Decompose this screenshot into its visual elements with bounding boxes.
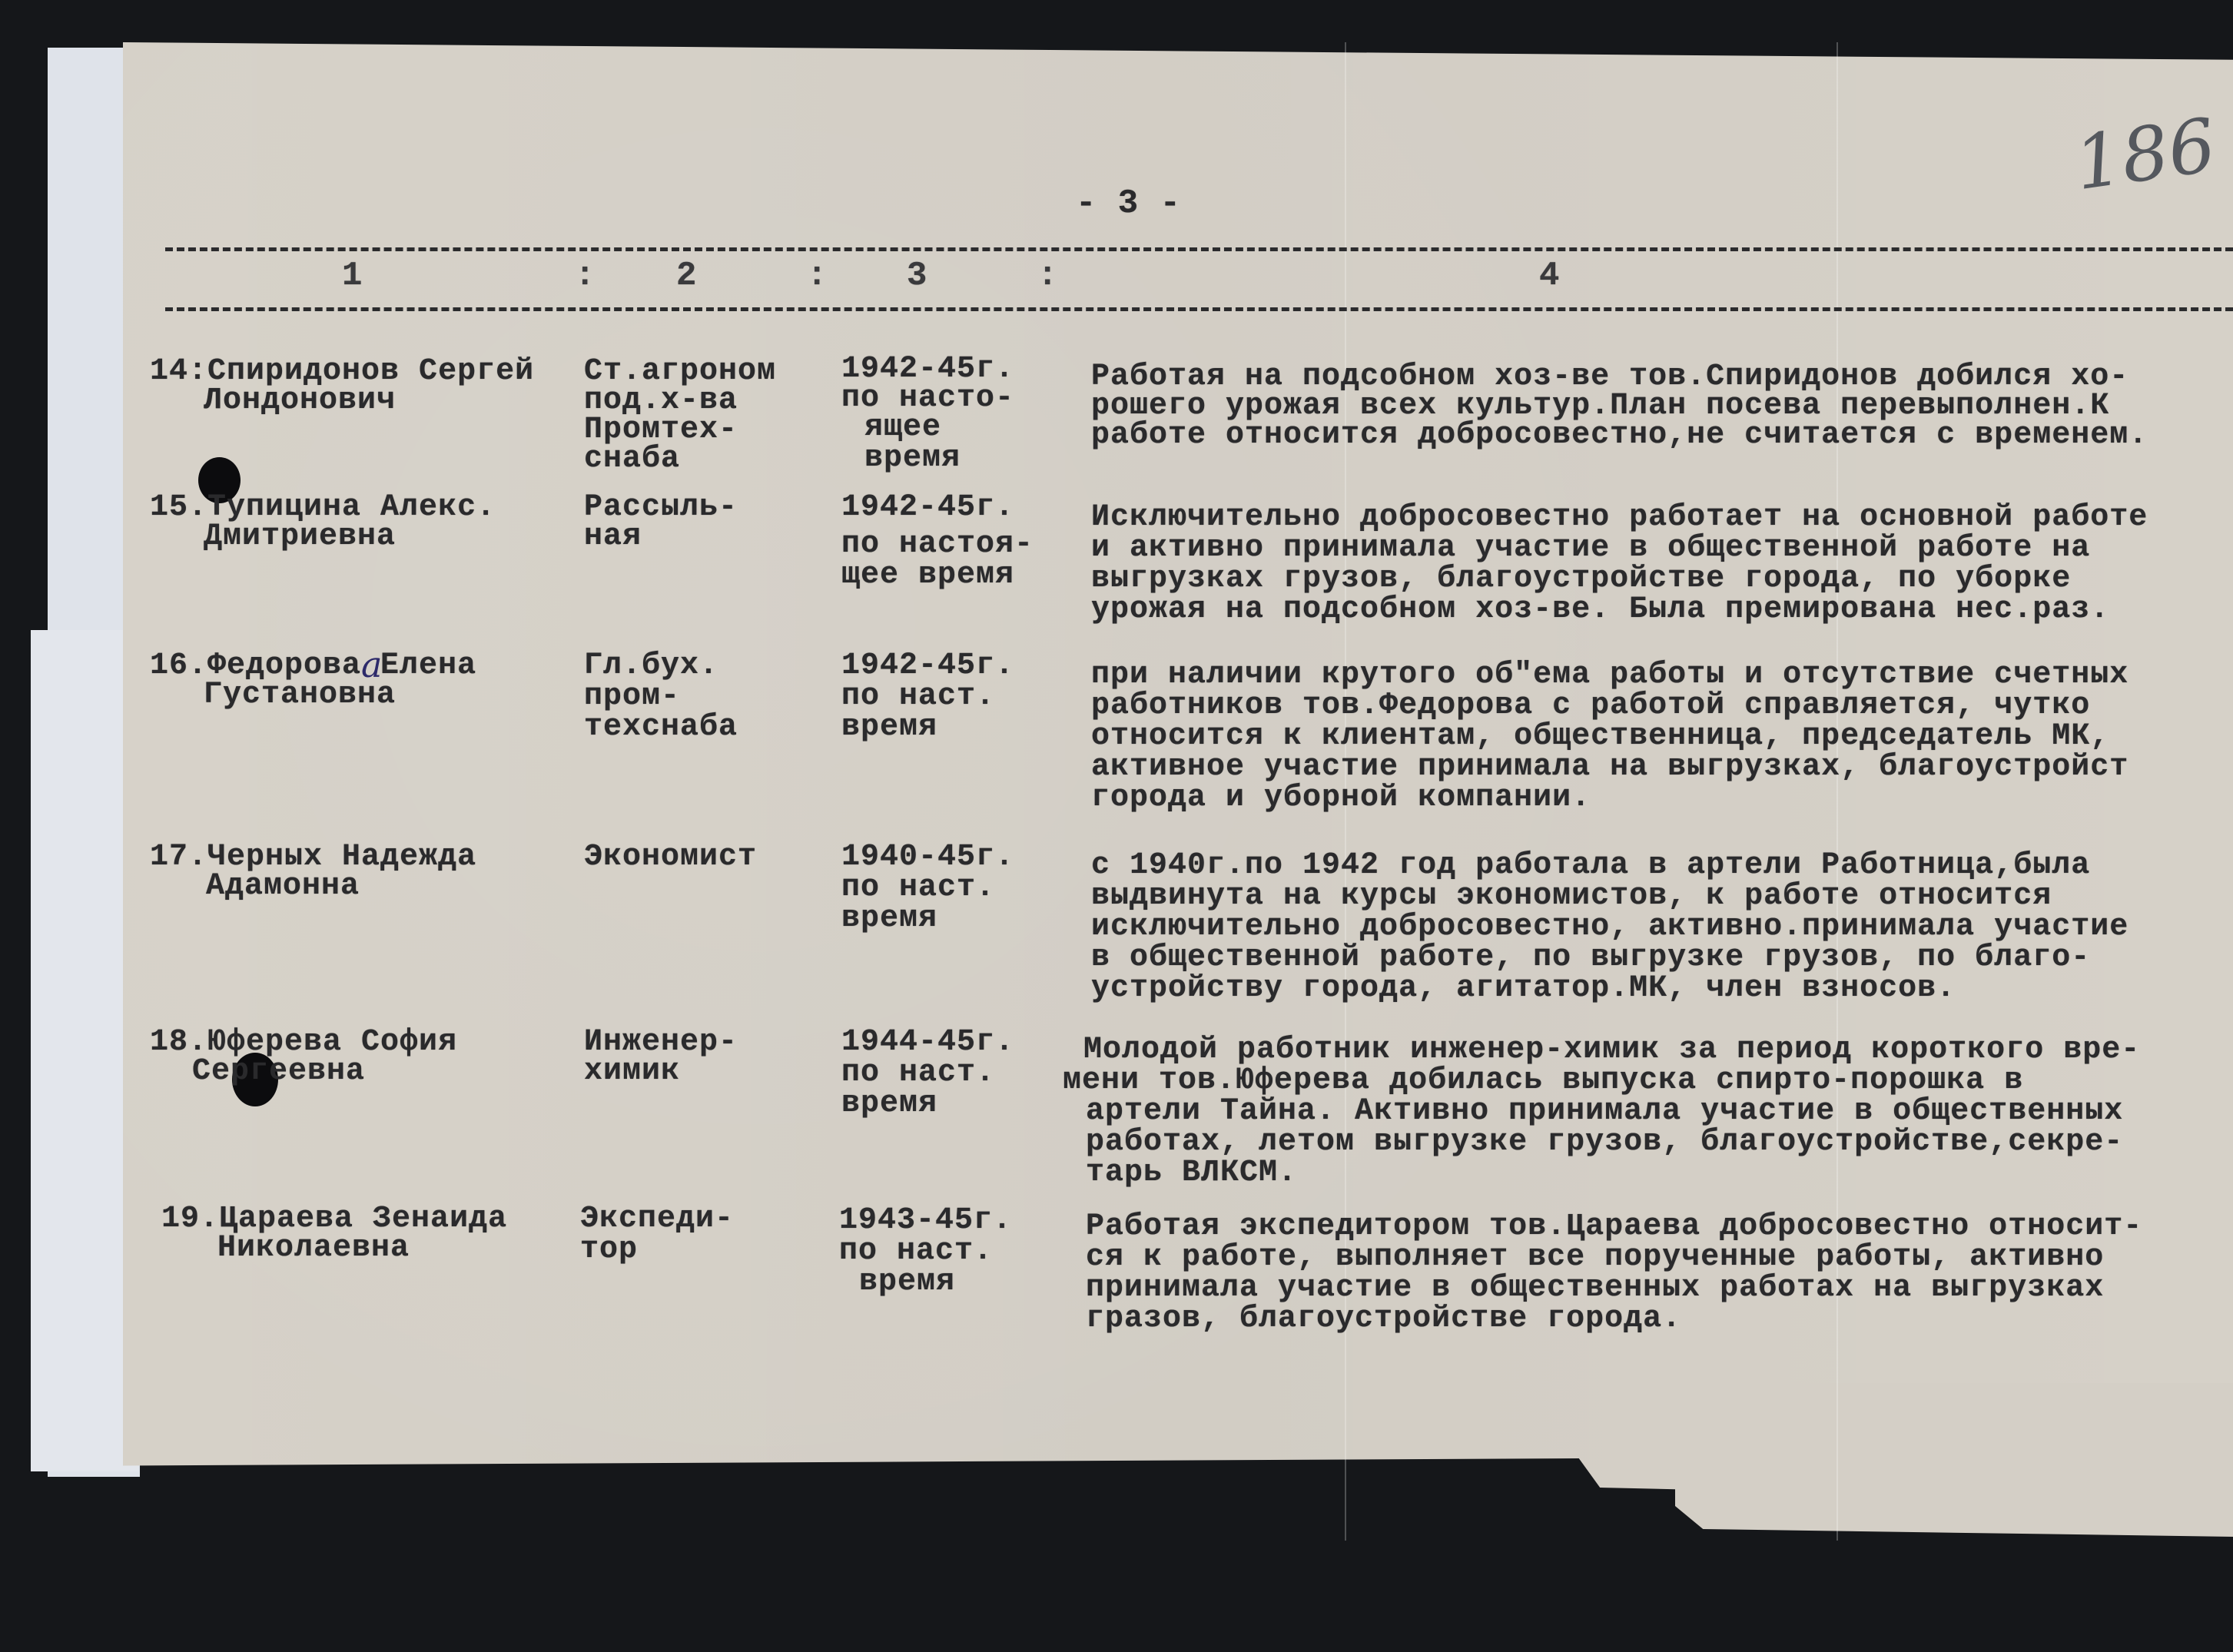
period-line: 1942-45г. — [841, 355, 1014, 384]
period-line: по наст. — [839, 1237, 993, 1266]
period-line: 1944-45г. — [841, 1028, 1014, 1057]
paper-fold-line — [1837, 42, 1838, 1541]
page-number: - 3 - — [1076, 189, 1181, 218]
period-line: время — [841, 1090, 937, 1119]
row-number: 19.Цараева Зенаида — [161, 1205, 507, 1234]
column-header-2: 2 — [676, 261, 697, 290]
table-header-top-rule — [165, 247, 2233, 251]
description-line: и активно принимала участие в общественн… — [1091, 534, 2090, 563]
table-header-bottom-rule — [165, 307, 2233, 311]
description-line: работе относится добросовестно,не считае… — [1091, 421, 2148, 450]
period-line: ящее — [864, 413, 941, 443]
employee-patronymic: Дмитриевна — [204, 522, 396, 552]
description-line: рошего урожая всех культур.План посева п… — [1091, 392, 2109, 421]
description-line: мени тов.Юферева добилась выпуска спирто… — [1063, 1067, 2023, 1096]
column-header-1: 1 — [342, 261, 363, 290]
description-line: выгрузках грузов, благоустройстве города… — [1091, 565, 2071, 594]
position-line: снаба — [584, 445, 680, 474]
description-line: устройству города, агитатор.МК, член взн… — [1091, 974, 1956, 1003]
description-line: Работая на подсобном хоз-ве тов.Спиридон… — [1091, 363, 2128, 392]
position-line: техснаба — [584, 713, 738, 742]
description-line: работников тов.Федорова с работой справл… — [1091, 692, 2090, 721]
description-line: относится к клиентам, общественница, пре… — [1091, 722, 2109, 751]
white-backing-strip-lower — [31, 630, 138, 1471]
period-line: 1943-45г. — [839, 1206, 1012, 1236]
row-number: 17.Черных Надежда — [150, 843, 476, 872]
period-line: 1940-45г. — [841, 843, 1014, 872]
position-line: Экономист — [584, 843, 757, 872]
employee-patronymic: Густановна — [204, 681, 396, 710]
row-number: 14:Спиридонов Сергей — [150, 357, 534, 386]
period-line: время — [841, 713, 937, 742]
row-number: 18.Юферева София — [150, 1028, 457, 1057]
description-line: тарь ВЛКСМ. — [1086, 1159, 1297, 1188]
description-line: активное участие принимала на выгрузках,… — [1091, 753, 2128, 782]
description-line: принимала участие в общественных работах… — [1086, 1274, 2104, 1303]
position-line: ная — [584, 522, 642, 552]
position-line: под.х-ва — [584, 386, 738, 416]
period-line: время — [864, 444, 961, 473]
description-line: урожая на подсобном хоз-ве. Была премиро… — [1091, 595, 2109, 625]
description-line: Исключительно добросовестно работает на … — [1091, 503, 2148, 532]
period-line: по наст. — [841, 682, 995, 712]
description-line: при наличии крутого об"ема работы и отсу… — [1091, 661, 2128, 690]
description-line: работах, летом выгрузке грузов, благоуст… — [1086, 1128, 2123, 1157]
description-line: артели Тайна. Активно принимала участие … — [1086, 1097, 2123, 1126]
position-line: тор — [580, 1236, 638, 1265]
period-line: время — [841, 904, 937, 934]
position-line: Рассыль- — [584, 493, 738, 522]
period-line: щее время — [841, 561, 1014, 590]
description-line: с 1940г.по 1942 год работала в артели Ра… — [1091, 851, 2090, 881]
description-line: ся к работе, выполняет все порученные ра… — [1086, 1243, 2104, 1272]
period-line: 1942-45г. — [841, 652, 1014, 681]
document-sheet-torn-corner — [1675, 1383, 2233, 1537]
column-separator: : — [575, 261, 596, 290]
position-line: химик — [584, 1057, 680, 1086]
employee-patronymic: Николаевна — [217, 1234, 410, 1263]
position-line: Гл.бух. — [584, 652, 718, 681]
description-line: города и уборной компании. — [1091, 784, 1591, 813]
period-line: по настоя- — [841, 530, 1034, 559]
description-line: исключительно добросовестно, активно.при… — [1091, 913, 2128, 942]
row-number: 16.Федорова Елена — [150, 652, 476, 681]
position-line: пром- — [584, 682, 680, 712]
description-line: Работая экспедитором тов.Цараева добросо… — [1086, 1212, 2142, 1242]
period-line: по насто- — [841, 384, 1014, 413]
position-line: Ст.агроном — [584, 357, 776, 386]
column-header-3: 3 — [907, 261, 927, 290]
period-line: по наст. — [841, 874, 995, 903]
description-line: Молодой работник инженер-химик за период… — [1083, 1036, 2140, 1065]
description-line: гразов, благоустройстве города. — [1086, 1305, 1681, 1334]
position-line: Экспеди- — [580, 1205, 734, 1234]
column-header-4: 4 — [1539, 261, 1560, 290]
period-line: время — [859, 1268, 955, 1297]
description-line: в общественной работе, по выгрузке грузо… — [1091, 944, 2090, 973]
position-line: Инженер- — [584, 1028, 738, 1057]
period-line: по наст. — [841, 1059, 995, 1088]
row-number: 15.Тупицина Алекс. — [150, 493, 496, 522]
employee-patronymic: Лондонович — [204, 386, 396, 416]
column-separator: : — [1037, 261, 1058, 290]
column-separator: : — [807, 261, 828, 290]
description-line: выдвинута на курсы экономистов, к работе… — [1091, 882, 2052, 911]
employee-patronymic: Сергеевна — [192, 1057, 365, 1086]
employee-patronymic: Адамонна — [206, 872, 360, 901]
period-line: 1942-45г. — [841, 493, 1014, 522]
position-line: Промтех- — [584, 416, 738, 445]
